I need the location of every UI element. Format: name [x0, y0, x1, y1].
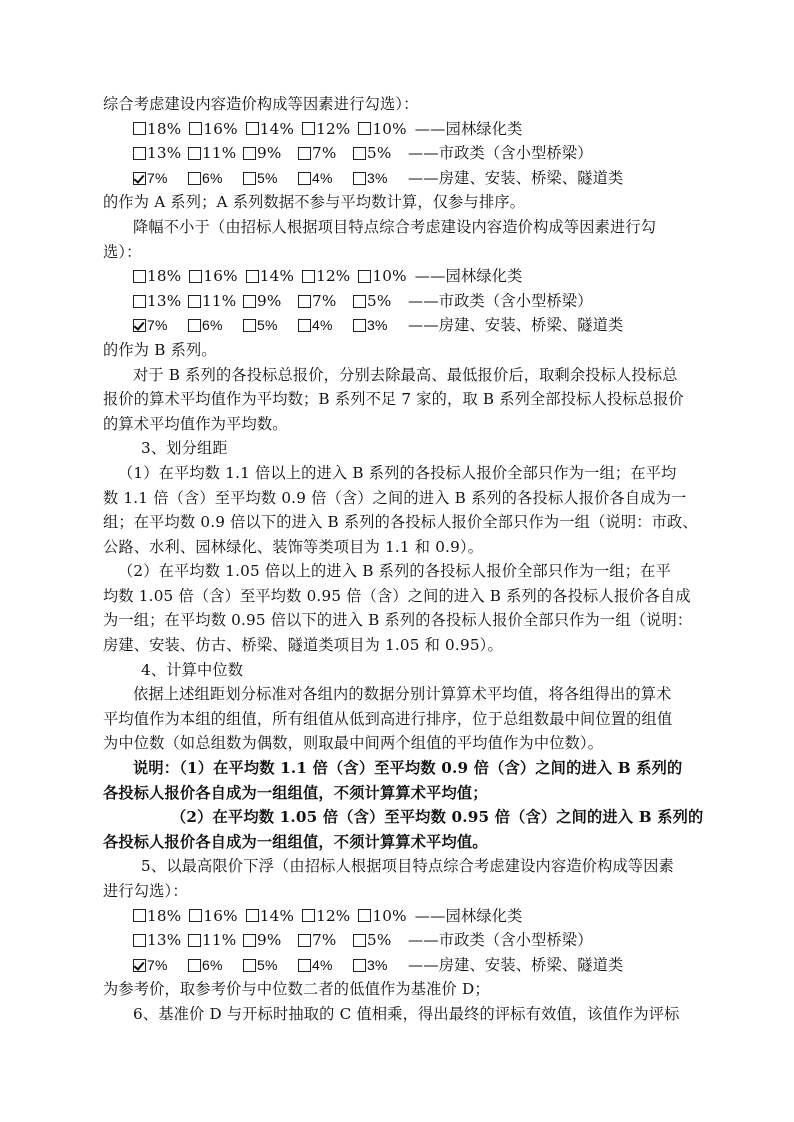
checkbox-icon[interactable]	[188, 295, 201, 308]
checkbox-icon[interactable]	[298, 147, 311, 160]
checkbox-icon[interactable]	[298, 934, 311, 947]
group-rule-2-line: 为一组；在平均数 0.95 倍以下的进入 B 系列的各投标人报价全部只作为一组（…	[103, 608, 693, 633]
checkbox-icon[interactable]	[358, 122, 371, 135]
checkbox-option[interactable]: 3%	[353, 953, 408, 978]
note-2-line: 各投标人报价各自成为一组组值，不须计算算术平均值。	[103, 830, 693, 855]
group-rule-1-line: 组；在平均数 0.9 倍以下的进入 B 系列的各投标人报价全部只作为一组（说明：…	[103, 510, 693, 535]
checkbox-option[interactable]: 4%	[298, 313, 353, 338]
checkbox-option[interactable]: 12%	[302, 904, 350, 929]
group-rule-2-line: 房建、安装、仿古、桥梁、隧道类项目为 1.05 和 0.95）。	[103, 633, 693, 658]
group-rule-2-line: （2）在平均数 1.05 倍以上的进入 B 系列的各投标人报价全部只作为一组；在…	[103, 559, 693, 584]
checkbox-label: 14%	[260, 904, 294, 929]
option-row-building: 7%6%5%4%3%——房建、安装、桥梁、隧道类	[103, 166, 693, 191]
checkbox-icon[interactable]	[298, 959, 311, 972]
checkbox-icon[interactable]	[189, 270, 202, 283]
checkbox-label: 12%	[316, 904, 350, 929]
checkbox-option[interactable]: 18%	[133, 904, 181, 929]
checkbox-icon[interactable]	[302, 909, 315, 922]
checkbox-option[interactable]: 18%	[133, 117, 181, 142]
checkbox-icon[interactable]	[298, 172, 311, 185]
category-label: ——园林绿化类	[415, 904, 523, 929]
checkbox-label: 5%	[367, 289, 392, 314]
checkbox-icon[interactable]	[188, 172, 201, 185]
checkbox-label: 3%	[367, 953, 388, 978]
checkbox-label: 16%	[203, 264, 237, 289]
checkbox-option[interactable]: 11%	[188, 141, 243, 166]
checkbox-option[interactable]: 9%	[243, 289, 298, 314]
checkbox-option[interactable]: 10%	[358, 117, 406, 142]
checkbox-icon[interactable]	[353, 319, 366, 332]
checkbox-checked-icon[interactable]	[133, 319, 146, 332]
checkbox-label: 5%	[257, 313, 278, 338]
median-line: 为中位数（如总组数为偶数，则取最中间两个组值的平均值作为中位数）。	[103, 731, 693, 756]
section-5-line: 5、以最高限价下浮（由招标人根据项目特点综合考虑建设内容造价构成等因素	[103, 854, 693, 879]
note-1-line: 说明：（1）在平均数 1.1 倍（含）至平均数 0.9 倍（含）之间的进入 B …	[103, 756, 693, 781]
checkbox-label: 12%	[316, 264, 350, 289]
checkbox-label: 14%	[260, 264, 294, 289]
checkbox-label: 4%	[312, 166, 333, 191]
checkbox-label: 5%	[367, 141, 392, 166]
checkbox-option[interactable]: 7%	[133, 313, 188, 338]
checkbox-label: 7%	[312, 289, 337, 314]
checkbox-icon[interactable]	[243, 147, 256, 160]
checkbox-label: 4%	[312, 953, 333, 978]
b-intro-line: 降幅不小于（由招标人根据项目特点综合考虑建设内容造价构成等因素进行勾	[103, 215, 693, 240]
checkbox-label: 18%	[147, 264, 181, 289]
option-row-landscape: 18%16%14%12%10%——园林绿化类	[103, 264, 693, 289]
checkbox-label: 10%	[372, 264, 406, 289]
average-line: 对于 B 系列的各投标总报价，分别去除最高、最低报价后，取剩余投标人投标总	[103, 363, 693, 388]
reference-price-line: 为参考价，取参考价与中位数二者的低值作为基准价 D；	[103, 977, 693, 1002]
checkbox-option[interactable]: 3%	[353, 166, 408, 191]
checkbox-icon[interactable]	[353, 147, 366, 160]
checkbox-option[interactable]: 18%	[133, 264, 181, 289]
section-6-line: 6、基准价 D 与开标时抽取的 C 值相乘，得出最终的评标有效值，该值作为评标	[103, 1002, 693, 1027]
checkbox-option[interactable]: 10%	[358, 264, 406, 289]
category-label: ——市政类（含小型桥梁）	[408, 928, 593, 953]
checkbox-label: 14%	[260, 117, 294, 142]
checkbox-label: 6%	[202, 953, 223, 978]
option-group-a: 18%16%14%12%10%——园林绿化类13%11%9%7%5%——市政类（…	[103, 117, 693, 191]
checkbox-icon[interactable]	[189, 122, 202, 135]
checkbox-label: 18%	[147, 904, 181, 929]
group-rule-2-line: 均数 1.05 倍（含）至平均数 0.95 倍（含）之间的进入 B 系列的各投标…	[103, 584, 693, 609]
section-5-line: 进行勾选）：	[103, 879, 693, 904]
checkbox-option[interactable]: 10%	[358, 904, 406, 929]
checkbox-checked-icon[interactable]	[133, 172, 146, 185]
checkbox-option[interactable]: 6%	[188, 166, 243, 191]
checkbox-option[interactable]: 9%	[243, 928, 298, 953]
checkbox-label: 10%	[372, 904, 406, 929]
average-line: 报价的算术平均值作为平均数；B 系列不足 7 家的，取 B 系列全部投标人投标总…	[103, 387, 693, 412]
checkbox-icon[interactable]	[298, 295, 311, 308]
section-4-heading: 4、计算中位数	[103, 658, 693, 683]
option-row-landscape: 18%16%14%12%10%——园林绿化类	[103, 904, 693, 929]
checkbox-icon[interactable]	[133, 270, 146, 283]
checkbox-icon[interactable]	[246, 122, 259, 135]
checkbox-label: 9%	[257, 141, 282, 166]
checkbox-option[interactable]: 3%	[353, 313, 408, 338]
checkbox-icon[interactable]	[358, 270, 371, 283]
checkbox-option[interactable]: 7%	[298, 141, 353, 166]
checkbox-icon[interactable]	[243, 934, 256, 947]
checkbox-icon[interactable]	[188, 147, 201, 160]
group-rule-1-line: （1）在平均数 1.1 倍以上的进入 B 系列的各投标人报价全部只作为一组；在平…	[103, 461, 693, 486]
checkbox-icon[interactable]	[302, 122, 315, 135]
checkbox-label: 12%	[316, 117, 350, 142]
checkbox-icon[interactable]	[358, 909, 371, 922]
checkbox-label: 7%	[312, 928, 337, 953]
checkbox-label: 9%	[257, 289, 282, 314]
section-3-heading: 3、划分组距	[103, 436, 693, 461]
checkbox-option[interactable]: 11%	[188, 289, 243, 314]
checkbox-label: 16%	[203, 117, 237, 142]
checkbox-option[interactable]: 6%	[188, 313, 243, 338]
checkbox-checked-icon[interactable]	[133, 959, 146, 972]
checkbox-icon[interactable]	[188, 934, 201, 947]
category-label: ——房建、安装、桥梁、隧道类	[408, 313, 623, 338]
checkbox-icon[interactable]	[133, 122, 146, 135]
checkbox-icon[interactable]	[246, 270, 259, 283]
checkbox-option[interactable]: 7%	[133, 953, 188, 978]
checkbox-icon[interactable]	[298, 319, 311, 332]
checkbox-option[interactable]: 9%	[243, 141, 298, 166]
checkbox-icon[interactable]	[188, 959, 201, 972]
document-page: 综合考虑建设内容造价构成等因素进行勾选）： 18%16%14%12%10%——园…	[103, 92, 693, 1027]
note-1-line: 各投标人报价各自成为一组组值，不须计算算术平均值；	[103, 781, 693, 806]
checkbox-label: 7%	[147, 313, 168, 338]
checkbox-option[interactable]: 7%	[298, 928, 353, 953]
checkbox-option[interactable]: 11%	[188, 928, 243, 953]
checkbox-label: 11%	[202, 928, 236, 953]
checkbox-option[interactable]: 4%	[298, 953, 353, 978]
checkbox-option[interactable]: 5%	[243, 953, 298, 978]
checkbox-label: 13%	[147, 141, 181, 166]
checkbox-option[interactable]: 13%	[133, 141, 188, 166]
option-row-landscape: 18%16%14%12%10%——园林绿化类	[103, 117, 693, 142]
checkbox-icon[interactable]	[353, 934, 366, 947]
checkbox-icon[interactable]	[243, 295, 256, 308]
option-row-building: 7%6%5%4%3%——房建、安装、桥梁、隧道类	[103, 313, 693, 338]
option-row-building: 7%6%5%4%3%——房建、安装、桥梁、隧道类	[103, 953, 693, 978]
checkbox-label: 6%	[202, 166, 223, 191]
average-line: 的算术平均值作为平均数。	[103, 412, 693, 437]
a-series-line: 的作为 A 系列；A 系列数据不参与平均数计算，仅参与排序。	[103, 190, 693, 215]
checkbox-option[interactable]: 13%	[133, 928, 188, 953]
category-label: ——园林绿化类	[415, 117, 523, 142]
checkbox-option[interactable]: 14%	[246, 904, 294, 929]
checkbox-option[interactable]: 16%	[189, 264, 237, 289]
checkbox-option[interactable]: 5%	[243, 166, 298, 191]
checkbox-label: 13%	[147, 289, 181, 314]
category-label: ——房建、安装、桥梁、隧道类	[408, 953, 623, 978]
category-label: ——房建、安装、桥梁、隧道类	[408, 166, 623, 191]
checkbox-option[interactable]: 5%	[353, 289, 408, 314]
note-2-line: （2）在平均数 1.05 倍（含）至平均数 0.95 倍（含）之间的进入 B 系…	[103, 805, 693, 830]
checkbox-option[interactable]: 5%	[243, 313, 298, 338]
checkbox-label: 5%	[257, 953, 278, 978]
checkbox-icon[interactable]	[353, 172, 366, 185]
checkbox-icon[interactable]	[353, 959, 366, 972]
option-row-municipal: 13%11%9%7%5%——市政类（含小型桥梁）	[103, 141, 693, 166]
checkbox-option[interactable]: 16%	[189, 117, 237, 142]
checkbox-label: 7%	[147, 166, 168, 191]
checkbox-option[interactable]: 14%	[246, 264, 294, 289]
checkbox-label: 3%	[367, 166, 388, 191]
checkbox-option[interactable]: 14%	[246, 117, 294, 142]
checkbox-option[interactable]: 6%	[188, 953, 243, 978]
checkbox-option[interactable]: 5%	[353, 141, 408, 166]
option-row-municipal: 13%11%9%7%5%——市政类（含小型桥梁）	[103, 289, 693, 314]
checkbox-label: 13%	[147, 928, 181, 953]
checkbox-icon[interactable]	[133, 934, 146, 947]
checkbox-option[interactable]: 7%	[133, 166, 188, 191]
median-line: 依据上述组距划分标准对各组内的数据分别计算算术平均值，将各组得出的算术	[103, 682, 693, 707]
checkbox-icon[interactable]	[133, 147, 146, 160]
checkbox-icon[interactable]	[243, 319, 256, 332]
checkbox-label: 7%	[147, 953, 168, 978]
checkbox-label: 7%	[312, 141, 337, 166]
checkbox-option[interactable]: 12%	[302, 117, 350, 142]
checkbox-icon[interactable]	[243, 959, 256, 972]
checkbox-icon[interactable]	[243, 172, 256, 185]
checkbox-label: 11%	[202, 141, 236, 166]
option-row-municipal: 13%11%9%7%5%——市政类（含小型桥梁）	[103, 928, 693, 953]
checkbox-icon[interactable]	[189, 909, 202, 922]
group-rule-1-line: 公路、水利、园林绿化、装饰等类项目为 1.1 和 0.9）。	[103, 535, 693, 560]
b-intro-line: 选）：	[103, 240, 693, 265]
b-series-line: 的作为 B 系列。	[103, 338, 693, 363]
checkbox-icon[interactable]	[246, 909, 259, 922]
checkbox-icon[interactable]	[188, 319, 201, 332]
checkbox-option[interactable]: 12%	[302, 264, 350, 289]
option-group-b: 18%16%14%12%10%——园林绿化类13%11%9%7%5%——市政类（…	[103, 264, 693, 338]
checkbox-option[interactable]: 16%	[189, 904, 237, 929]
checkbox-label: 18%	[147, 117, 181, 142]
median-line: 平均值作为本组的组值，所有组值从低到高进行排序，位于总组数最中间位置的组值	[103, 707, 693, 732]
checkbox-icon[interactable]	[133, 295, 146, 308]
checkbox-label: 6%	[202, 313, 223, 338]
checkbox-option[interactable]: 5%	[353, 928, 408, 953]
checkbox-label: 10%	[372, 117, 406, 142]
checkbox-label: 5%	[367, 928, 392, 953]
checkbox-option[interactable]: 13%	[133, 289, 188, 314]
category-label: ——市政类（含小型桥梁）	[408, 141, 593, 166]
checkbox-icon[interactable]	[353, 295, 366, 308]
checkbox-icon[interactable]	[302, 270, 315, 283]
checkbox-label: 16%	[203, 904, 237, 929]
category-label: ——园林绿化类	[415, 264, 523, 289]
paragraph-line: 综合考虑建设内容造价构成等因素进行勾选）：	[103, 92, 693, 117]
checkbox-label: 4%	[312, 313, 333, 338]
category-label: ——市政类（含小型桥梁）	[408, 289, 593, 314]
checkbox-label: 9%	[257, 928, 282, 953]
checkbox-option[interactable]: 7%	[298, 289, 353, 314]
checkbox-icon[interactable]	[133, 909, 146, 922]
checkbox-label: 5%	[257, 166, 278, 191]
checkbox-option[interactable]: 4%	[298, 166, 353, 191]
checkbox-label: 11%	[202, 289, 236, 314]
checkbox-label: 3%	[367, 313, 388, 338]
option-group-c: 18%16%14%12%10%——园林绿化类13%11%9%7%5%——市政类（…	[103, 904, 693, 978]
group-rule-1-line: 数 1.1 倍（含）至平均数 0.9 倍（含）之间的进入 B 系列的各投标人报价…	[103, 486, 693, 511]
